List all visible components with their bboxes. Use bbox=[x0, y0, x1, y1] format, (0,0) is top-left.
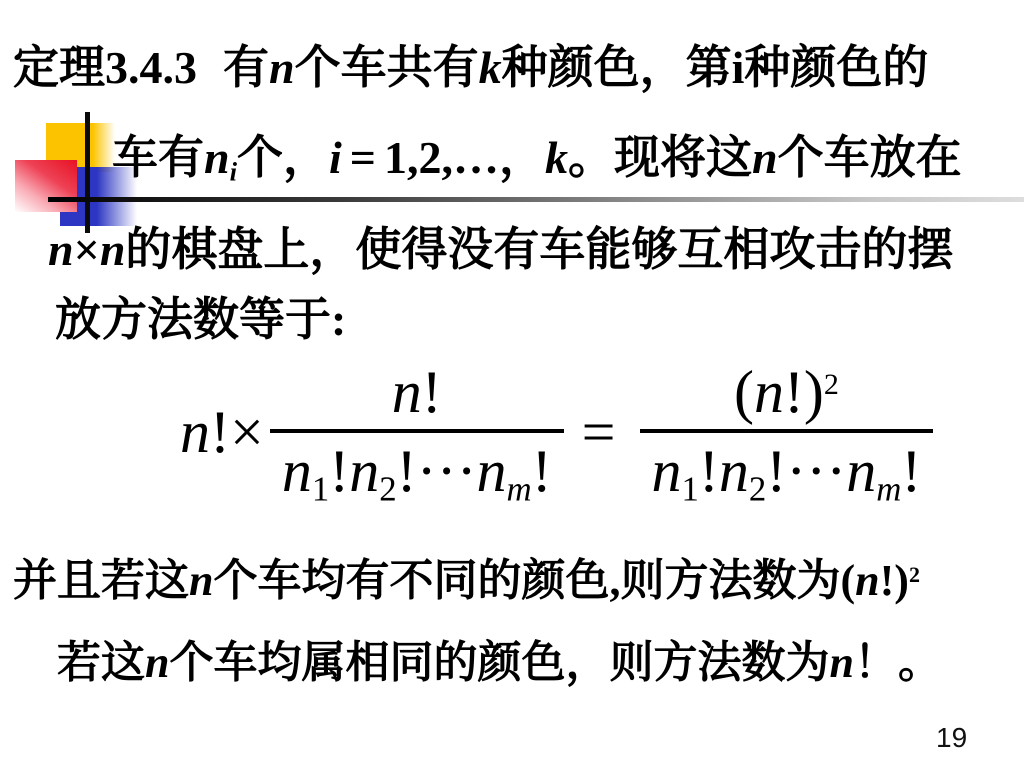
slide: 定理3.4.3 有n个车共有k种颜色，第i种颜色的 车有ni个，i=1,2,…，… bbox=[0, 0, 1024, 768]
decor-red-square bbox=[15, 160, 77, 212]
theorem-body-line-2: 车有ni个，i=1,2,…，k。现将这n个车放在 bbox=[112, 134, 962, 182]
theorem-heading-line: 定理3.4.3 有n个车共有k种颜色，第i种颜色的 bbox=[13, 44, 928, 92]
fraction-1-denominator: n1!n2!···nm! bbox=[270, 429, 564, 501]
formula-fraction-1: n! n1!n2!···nm! bbox=[270, 362, 564, 501]
formula-equals-sign: = bbox=[582, 402, 616, 462]
rook-count-formula: n!× n! n1!n2!···nm! = (n!)2 n1!n2!···nm! bbox=[180, 362, 933, 501]
decor-vertical-line bbox=[85, 112, 90, 233]
fraction-2-denominator: n1!n2!···nm! bbox=[640, 429, 934, 501]
page-number: 19 bbox=[936, 722, 967, 754]
fraction-2-numerator: (n!)2 bbox=[724, 362, 849, 429]
formula-fraction-2: (n!)2 n1!n2!···nm! bbox=[640, 362, 934, 501]
conclusion-line-same-color: 若这n个车均属相同的颜色，则方法数为n！。 bbox=[57, 640, 942, 686]
formula-lhs: n!× bbox=[180, 402, 264, 462]
theorem-body-line-3: n×n的棋盘上，使得没有车能够互相攻击的摆 bbox=[48, 226, 953, 274]
theorem-body-line-4: 放方法数等于: bbox=[55, 296, 346, 344]
fraction-1-numerator: n! bbox=[382, 362, 452, 429]
conclusion-line-distinct-colors: 并且若这n个车均有不同的颜色,则方法数为(n!)2 bbox=[13, 558, 920, 604]
decor-horizontal-divider bbox=[48, 197, 1024, 202]
